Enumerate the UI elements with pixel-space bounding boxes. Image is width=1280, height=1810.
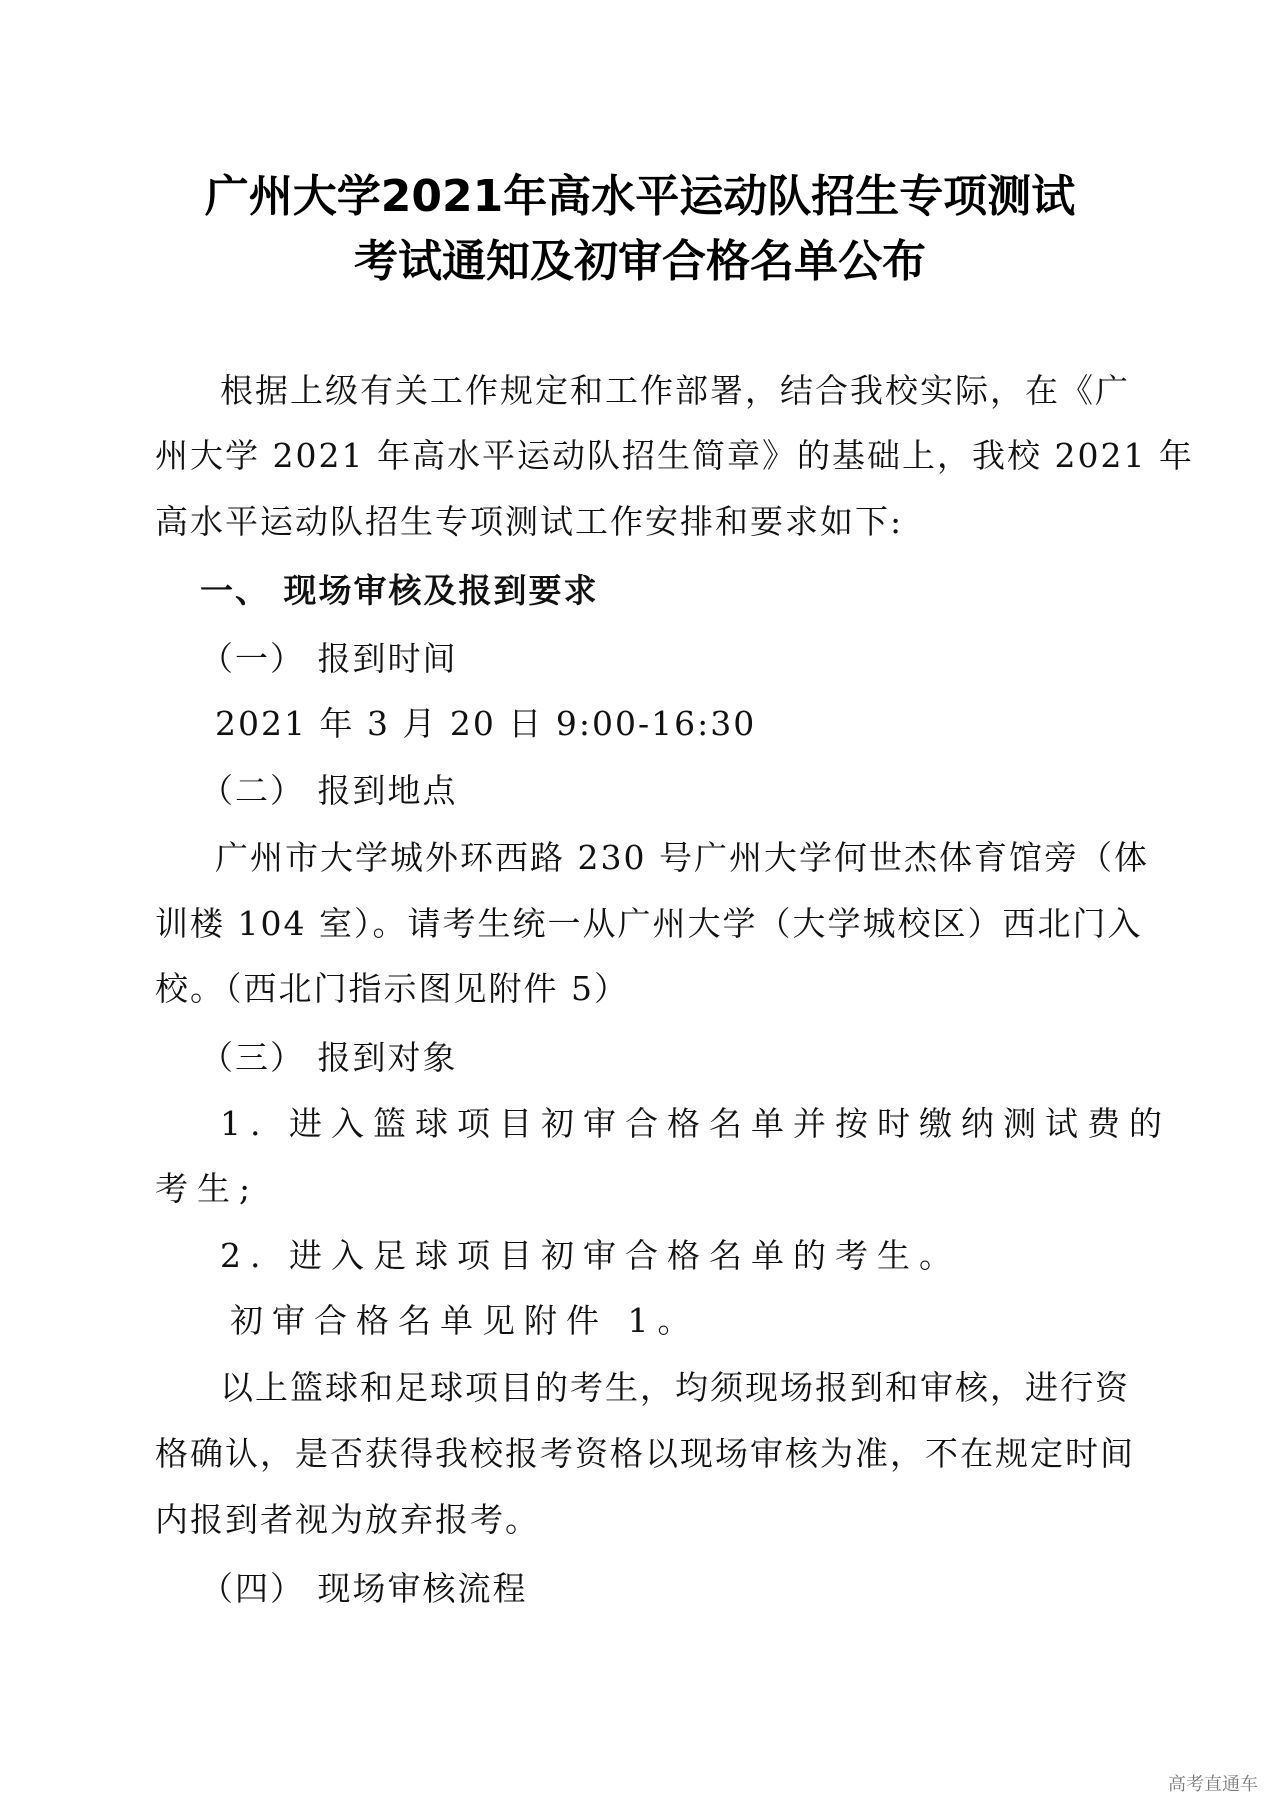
section-1-heading: 一、 现场审核及报到要求 (200, 565, 1175, 612)
document-title-line-1: 广州大学2021年高水平运动队招生专项测试 (0, 160, 1280, 224)
qualified-list-note: 初审合格名单见附件 1。 (230, 1295, 1205, 1342)
subsection-2-heading: （二） 报到地点 (200, 765, 1175, 812)
report-time-text: 2021 年 3 月 20 日 9:00-16:30 (215, 698, 1190, 745)
report-location-line-2: 训楼 104 室）。请考生统一从广州大学（大学城校区）西北门入 (155, 898, 1130, 945)
notice-para-line-2: 格确认，是否获得我校报考资格以现场审核为准，不在规定时间 (155, 1428, 1130, 1475)
report-target-item-2: 2. 进入足球项目初审合格名单的考生。 (220, 1230, 1195, 1277)
subsection-3-heading: （三） 报到对象 (200, 1032, 1175, 1079)
intro-line-2: 州大学 2021 年高水平运动队招生简章》的基础上，我校 2021 年 (155, 430, 1130, 477)
watermark: 高考直通车 (1168, 1770, 1258, 1796)
notice-para-line-3: 内报到者视为放弃报考。 (155, 1494, 1130, 1541)
intro-line-3: 高水平运动队招生专项测试工作安排和要求如下: (155, 496, 1130, 543)
subsection-4-heading: （四） 现场审核流程 (200, 1563, 1175, 1610)
intro-line-1: 根据上级有关工作规定和工作部署，结合我校实际，在《广 (220, 365, 1130, 412)
notice-para-line-1: 以上篮球和足球项目的考生，均须现场报到和审核，进行资 (220, 1362, 1130, 1409)
subsection-1-heading: （一） 报到时间 (200, 633, 1175, 680)
document-title-line-2: 考试通知及初审合格名单公布 (0, 225, 1280, 289)
report-target-item-1-line-1: 1. 进入篮球项目初审合格名单并按时缴纳测试费的 (220, 1098, 1125, 1145)
report-location-line-3: 校。（西北门指示图见附件 5） (155, 963, 1130, 1010)
report-target-item-1-line-2: 考生; (155, 1163, 1130, 1210)
report-location-line-1: 广州市大学城外环西路 230 号广州大学何世杰体育馆旁（体 (215, 832, 1130, 879)
